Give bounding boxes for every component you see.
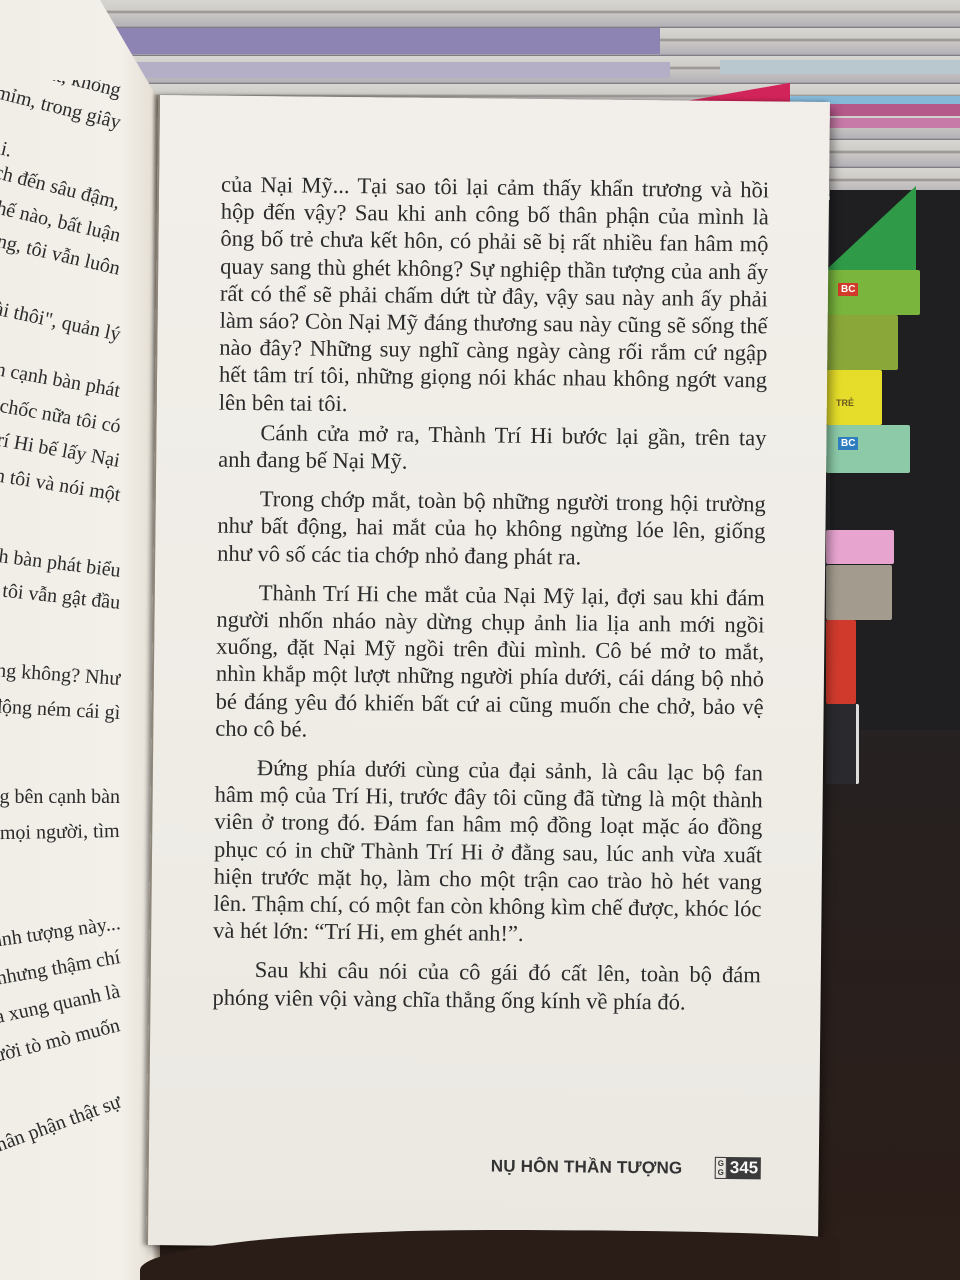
text-line: cho mọi người, tìm (0, 820, 120, 846)
book-spine-red (826, 620, 856, 704)
publisher-logo-icon: BC (838, 437, 858, 450)
book-spine-black (826, 704, 859, 784)
page-footer: NỤ HÔN THẦN TƯỢNG G G 345 (149, 1153, 819, 1188)
paragraph: Trong chớp mắt, toàn bộ những người tron… (217, 485, 766, 572)
background-book (826, 186, 916, 270)
running-title: NỤ HÔN THẦN TƯỢNG (491, 1157, 683, 1179)
right-page: của Nại Mỹ... Tại sao tôi lại cảm thấy k… (146, 95, 830, 1252)
background-book (720, 60, 960, 74)
page-number: 345 (727, 1157, 762, 1179)
text-line: bên cạnh bàn phát (0, 355, 122, 403)
text-line: i. (0, 138, 15, 163)
text-line: cạnh bàn phát biểu (0, 542, 121, 583)
page-body: của Nại Mỹ... Tại sao tôi lại cảm thấy k… (212, 171, 769, 1017)
publisher-mark-glyph: G (718, 1159, 724, 1168)
paragraph: Đứng phía dưới cùng của đại sảnh, là câu… (213, 754, 763, 950)
publisher-mark-glyph: G (718, 1168, 724, 1177)
background-book (130, 62, 670, 78)
text-line: ngoài thôi", quản lý (0, 291, 122, 346)
text-line: ỹ đúng không? Như (0, 657, 121, 691)
page-number-badge: G G 345 (715, 1157, 762, 1179)
publisher-logo-icon: BC (838, 283, 858, 296)
background-book (100, 28, 660, 54)
book-spine-worn (826, 565, 892, 620)
paragraph: Cánh cửa mở ra, Thành Trí Hi bước lại gầ… (218, 418, 767, 478)
text-line: đứng bên cạnh bàn (0, 786, 120, 809)
paragraph: Thành Trí Hi che mắt của Nại Mỹ lại, đợi… (215, 578, 765, 747)
paragraph: của Nại Mỹ... Tại sao tôi lại cảm thấy k… (219, 171, 770, 422)
book-spine-yellow (826, 370, 882, 425)
text-line: ại thân phận thật sự (0, 1091, 124, 1166)
publisher-mark-icon: G G (715, 1157, 727, 1179)
left-page-text: ợc giải thoát, không ười mỉm, trong giây… (0, 80, 160, 1180)
text-line: ch động ném cái gì (0, 694, 121, 725)
spine-label: TRẺ (836, 398, 854, 408)
book-spine-pink (826, 530, 894, 564)
text-line: ưng tôi vẫn gật đầu (0, 576, 121, 615)
paragraph: Sau khi câu nói của cô gái đó cất lên, t… (212, 956, 761, 1016)
book-spine-olive (826, 315, 898, 370)
